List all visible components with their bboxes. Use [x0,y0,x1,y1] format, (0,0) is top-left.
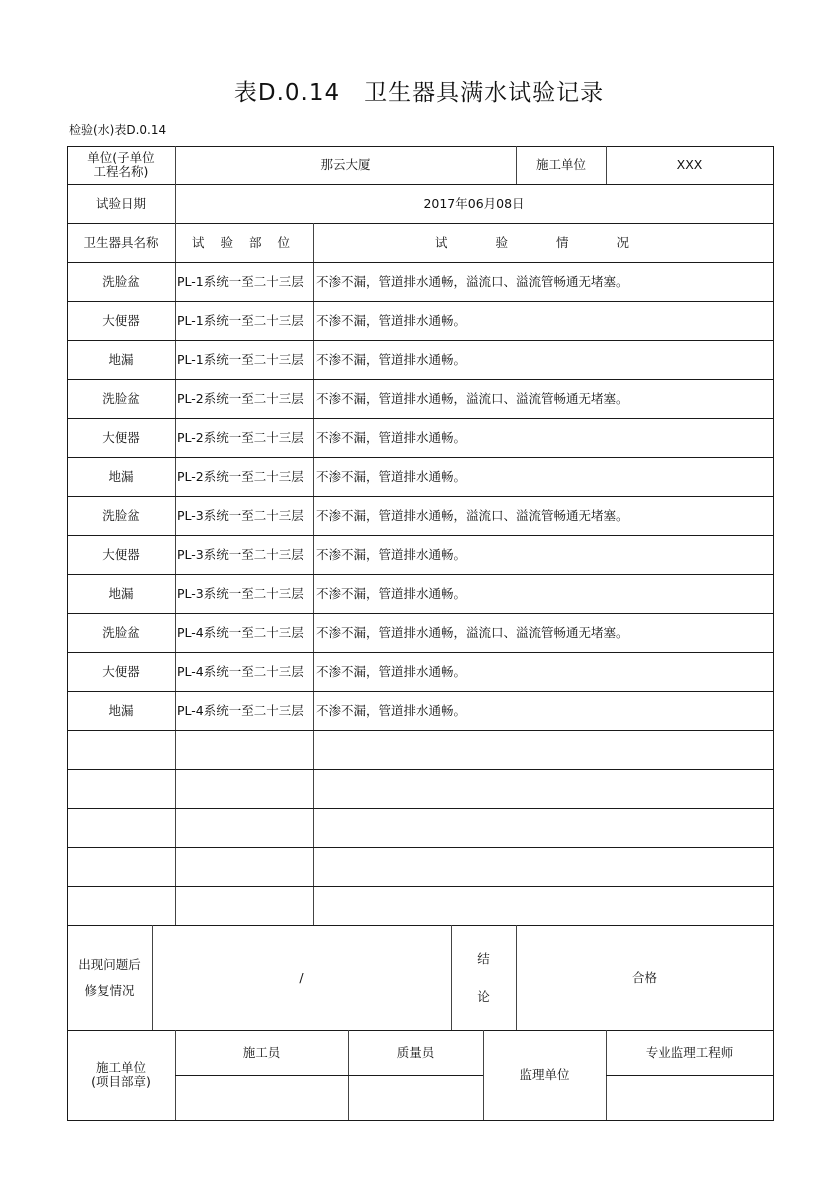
result-cell[interactable]: 不渗不漏，管道排水通畅。 [313,535,773,574]
fixture-cell[interactable] [67,769,175,808]
fixture-cell[interactable]: 大便器 [67,535,175,574]
location-cell[interactable]: PL-1系统一至二十三层 [175,262,313,301]
location-cell[interactable]: PL-4系统一至二十三层 [175,652,313,691]
conclusion-label-1: 结 [477,952,490,966]
unit-value[interactable]: 那云大厦 [175,146,516,184]
location-cell[interactable] [175,808,313,847]
result-cell[interactable] [313,769,773,808]
fixture-cell[interactable] [67,808,175,847]
result-cell[interactable]: 不渗不漏，管道排水通畅。 [313,574,773,613]
qc-label: 质量员 [348,1030,483,1075]
column-header-location: 试 验 部 位 [175,223,313,262]
location-cell[interactable]: PL-1系统一至二十三层 [175,301,313,340]
location-cell[interactable]: PL-2系统一至二十三层 [175,418,313,457]
result-cell[interactable]: 不渗不漏，管道排水通畅。 [313,457,773,496]
unit-label: 单位(子单位 工程名称) [67,146,175,184]
conclusion-label: 结 论 [451,925,516,1030]
result-cell[interactable]: 不渗不漏，管道排水通畅，溢流口、溢流管畅通无堵塞。 [313,613,773,652]
column-header-fixture: 卫生器具名称 [67,223,175,262]
result-cell[interactable]: 不渗不漏，管道排水通畅。 [313,418,773,457]
result-cell[interactable] [313,808,773,847]
engineer-signature-field[interactable] [606,1075,773,1120]
fixture-cell[interactable] [67,847,175,886]
fixture-cell[interactable]: 地漏 [67,340,175,379]
title-text: 卫生器具满水试验记录 [364,80,604,106]
repair-label-line2: 修复情况 [84,984,134,998]
result-cell[interactable] [313,730,773,769]
fixture-cell[interactable]: 地漏 [67,457,175,496]
location-cell[interactable]: PL-2系统一至二十三层 [175,379,313,418]
repair-label: 出现问题后 修复情况 [67,925,152,1030]
result-cell[interactable]: 不渗不漏，管道排水通畅。 [313,652,773,691]
result-cell[interactable] [313,847,773,886]
date-value[interactable]: 2017年06月08日 [175,184,773,223]
supervisor-unit-label: 监理单位 [483,1030,606,1120]
repair-value[interactable]: / [152,925,451,1030]
fixture-cell[interactable]: 洗脸盆 [67,613,175,652]
fixture-cell[interactable]: 大便器 [67,301,175,340]
form-code: 检验(水)表D.0.14 [69,121,166,138]
fixture-cell[interactable]: 洗脸盆 [67,379,175,418]
contractor-label: 施工单位 [516,146,606,184]
location-cell[interactable] [175,769,313,808]
fixture-cell[interactable]: 大便器 [67,652,175,691]
result-cell[interactable]: 不渗不漏，管道排水通畅，溢流口、溢流管畅通无堵塞。 [313,496,773,535]
contractor-value[interactable]: XXX [606,146,773,184]
fixture-cell[interactable] [67,730,175,769]
contractor-seal-label-line2: (项目部章) [91,1075,151,1089]
location-cell[interactable]: PL-3系统一至二十三层 [175,574,313,613]
fixture-cell[interactable]: 洗脸盆 [67,496,175,535]
contractor-seal-label: 施工单位 (项目部章) [67,1030,175,1120]
location-cell[interactable] [175,886,313,925]
title-code: 表D.0.14 [234,80,340,106]
location-cell[interactable]: PL-1系统一至二十三层 [175,340,313,379]
contractor-seal-label-line1: 施工单位 [96,1061,146,1075]
fixture-cell[interactable]: 洗脸盆 [67,262,175,301]
fixture-cell[interactable]: 地漏 [67,691,175,730]
location-cell[interactable]: PL-2系统一至二十三层 [175,457,313,496]
fixture-cell[interactable]: 地漏 [67,574,175,613]
qc-signature-field[interactable] [348,1075,483,1120]
location-cell[interactable]: PL-4系统一至二十三层 [175,613,313,652]
result-cell[interactable]: 不渗不漏，管道排水通畅。 [313,691,773,730]
page-title: 表D.0.14卫生器具满水试验记录 [0,74,838,107]
result-cell[interactable]: 不渗不漏，管道排水通畅。 [313,301,773,340]
date-label: 试验日期 [67,184,175,223]
result-cell[interactable] [313,886,773,925]
column-header-result: 试 验 情 况 [313,223,773,262]
location-cell[interactable]: PL-4系统一至二十三层 [175,691,313,730]
worker-signature-field[interactable] [175,1075,348,1120]
result-cell[interactable]: 不渗不漏，管道排水通畅。 [313,340,773,379]
repair-label-line1: 出现问题后 [78,958,141,972]
fixture-cell[interactable]: 大便器 [67,418,175,457]
location-cell[interactable]: PL-3系统一至二十三层 [175,496,313,535]
engineer-label: 专业监理工程师 [606,1030,773,1075]
location-cell[interactable] [175,730,313,769]
unit-label-line2: 工程名称) [94,165,149,179]
conclusion-label-2: 论 [477,990,490,1004]
worker-label: 施工员 [175,1030,348,1075]
unit-label-line1: 单位(子单位 [87,151,154,165]
result-cell[interactable]: 不渗不漏，管道排水通畅，溢流口、溢流管畅通无堵塞。 [313,262,773,301]
location-cell[interactable] [175,847,313,886]
result-cell[interactable]: 不渗不漏，管道排水通畅，溢流口、溢流管畅通无堵塞。 [313,379,773,418]
location-cell[interactable]: PL-3系统一至二十三层 [175,535,313,574]
conclusion-value[interactable]: 合格 [516,925,773,1030]
fixture-cell[interactable] [67,886,175,925]
